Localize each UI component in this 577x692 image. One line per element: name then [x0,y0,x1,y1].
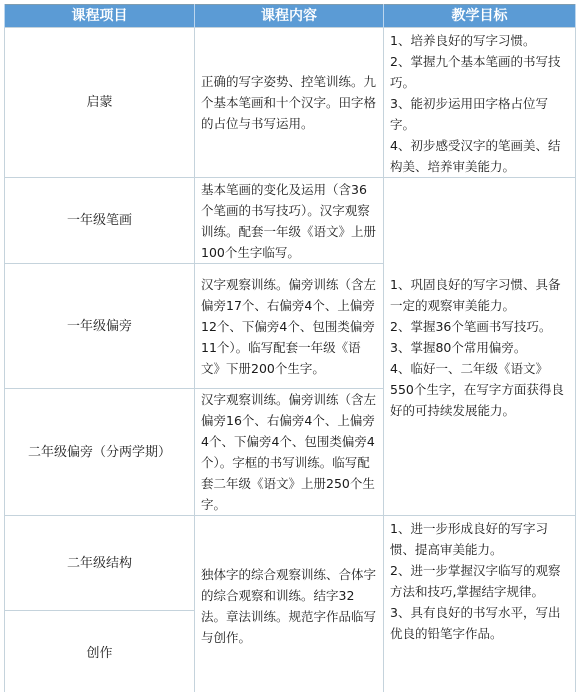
goal-item: 3、掌握80个常用偏旁。 [390,337,571,358]
goal-item: 4、临好一、二年级《语文》550个生字，在写字方面获得良好的可持续发展能力。 [390,358,571,421]
goals-cell-merged: 1、巩固良好的写字习惯、具备一定的观察审美能力。 2、掌握36个笔画书写技巧。 … [384,178,576,516]
header-course-project: 课程项目 [5,5,195,28]
goal-item: 2、进一步掌握汉字临写的观察方法和技巧,掌握结字规律。 [390,560,571,602]
project-cell: 创作 [5,611,195,692]
header-teaching-goals: 教学目标 [384,5,576,28]
table-row: 二年级结构 独体字的综合观察训练、合体字的综合观察和训练。结字32法。章法训练。… [5,516,576,611]
curriculum-table: 课程项目 课程内容 教学目标 启蒙 正确的写字姿势、控笔训练。九个基本笔画和十个… [4,4,576,692]
content-cell: 正确的写字姿势、控笔训练。九个基本笔画和十个汉字。田字格的占位与书写运用。 [195,28,384,178]
goal-item: 1、培养良好的写字习惯。 [390,30,571,51]
header-row: 课程项目 课程内容 教学目标 [5,5,576,28]
content-cell-merged: 独体字的综合观察训练、合体字的综合观察和训练。结字32法。章法训练。规范字作品临… [195,516,384,692]
project-cell: 一年级偏旁 [5,264,195,389]
content-cell: 汉字观察训练。偏旁训练（含左偏旁16个、右偏旁4个、上偏旁4个、下偏旁4个、包围… [195,389,384,516]
goal-item: 2、掌握九个基本笔画的书写技巧。 [390,51,571,93]
content-cell: 基本笔画的变化及运用（含36个笔画的书写技巧）。汉字观察训练。配套一年级《语文》… [195,178,384,264]
goals-cell: 1、培养良好的写字习惯。 2、掌握九个基本笔画的书写技巧。 3、能初步运用田字格… [384,28,576,178]
content-cell: 汉字观察训练。偏旁训练（含左偏旁17个、右偏旁4个、上偏旁12个、下偏旁4个、包… [195,264,384,389]
project-cell: 二年级偏旁（分两学期） [5,389,195,516]
goal-item: 3、能初步运用田字格占位写字。 [390,93,571,135]
goal-item: 1、巩固良好的写字习惯、具备一定的观察审美能力。 [390,274,571,316]
project-cell: 一年级笔画 [5,178,195,264]
goal-item: 3、具有良好的书写水平，写出优良的铅笔字作品。 [390,602,571,644]
goal-item: 2、掌握36个笔画书写技巧。 [390,316,571,337]
table-row: 启蒙 正确的写字姿势、控笔训练。九个基本笔画和十个汉字。田字格的占位与书写运用。… [5,28,576,178]
goals-cell-merged: 1、进一步形成良好的写字习惯、提高审美能力。 2、进一步掌握汉字临写的观察方法和… [384,516,576,692]
project-cell: 二年级结构 [5,516,195,611]
project-cell: 启蒙 [5,28,195,178]
goal-item: 4、初步感受汉字的笔画美、结构美、培养审美能力。 [390,135,571,177]
header-course-content: 课程内容 [195,5,384,28]
goal-item: 1、进一步形成良好的写字习惯、提高审美能力。 [390,518,571,560]
table-row: 一年级笔画 基本笔画的变化及运用（含36个笔画的书写技巧）。汉字观察训练。配套一… [5,178,576,264]
